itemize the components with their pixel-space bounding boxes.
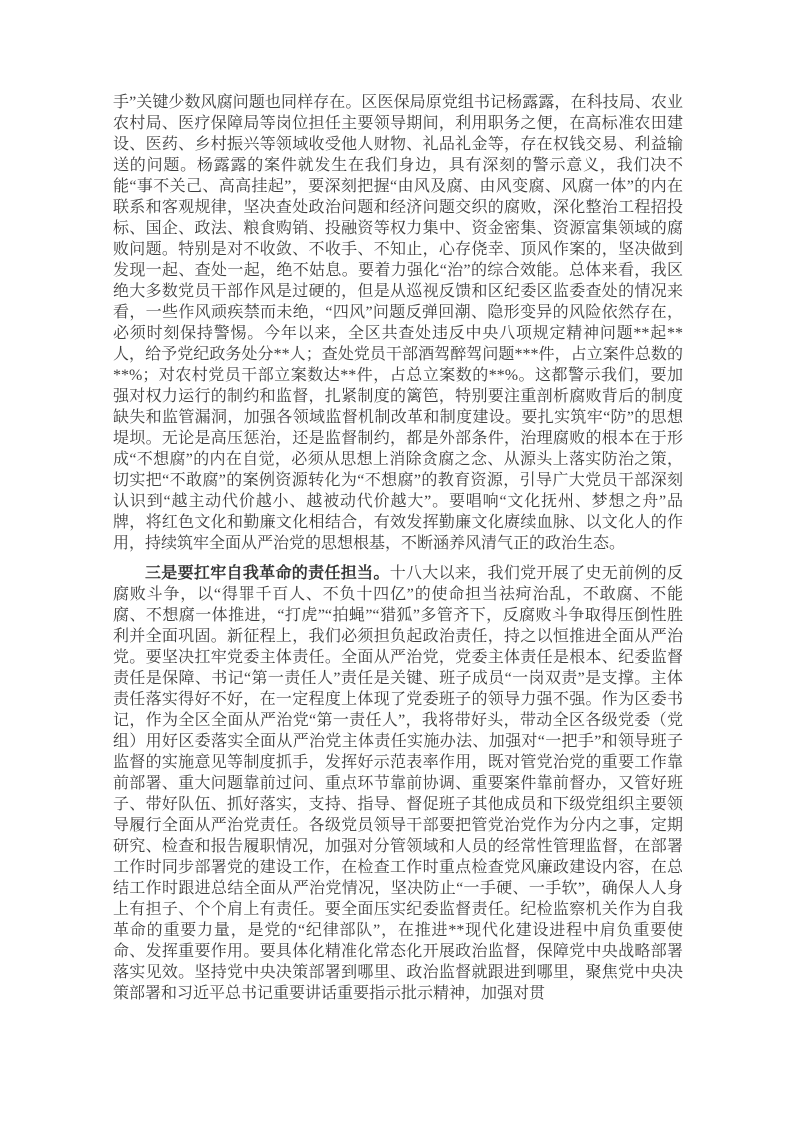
paragraph-continuation: 手”关键少数风腐问题也同样存在。区医保局原党组书记杨露露，在科技局、农业农村局、… — [113, 92, 683, 554]
section-three-heading: 三是要扛牢自我革命的责任担当。 — [145, 565, 390, 582]
paragraph-section-three: 三是要扛牢自我革命的责任担当。十八大以来，我们党开展了史无前例的反腐败斗争，以“… — [113, 563, 683, 1004]
document-page: 手”关键少数风腐问题也同样存在。区医保局原党组书记杨露露，在科技局、农业农村局、… — [0, 0, 793, 1122]
section-three-body: 十八大以来，我们党开展了史无前例的反腐败斗争，以“得罪千百人、不负十四亿”的使命… — [113, 565, 683, 1002]
document-body: 手”关键少数风腐问题也同样存在。区医保局原党组书记杨露露，在科技局、农业农村局、… — [113, 92, 683, 1004]
